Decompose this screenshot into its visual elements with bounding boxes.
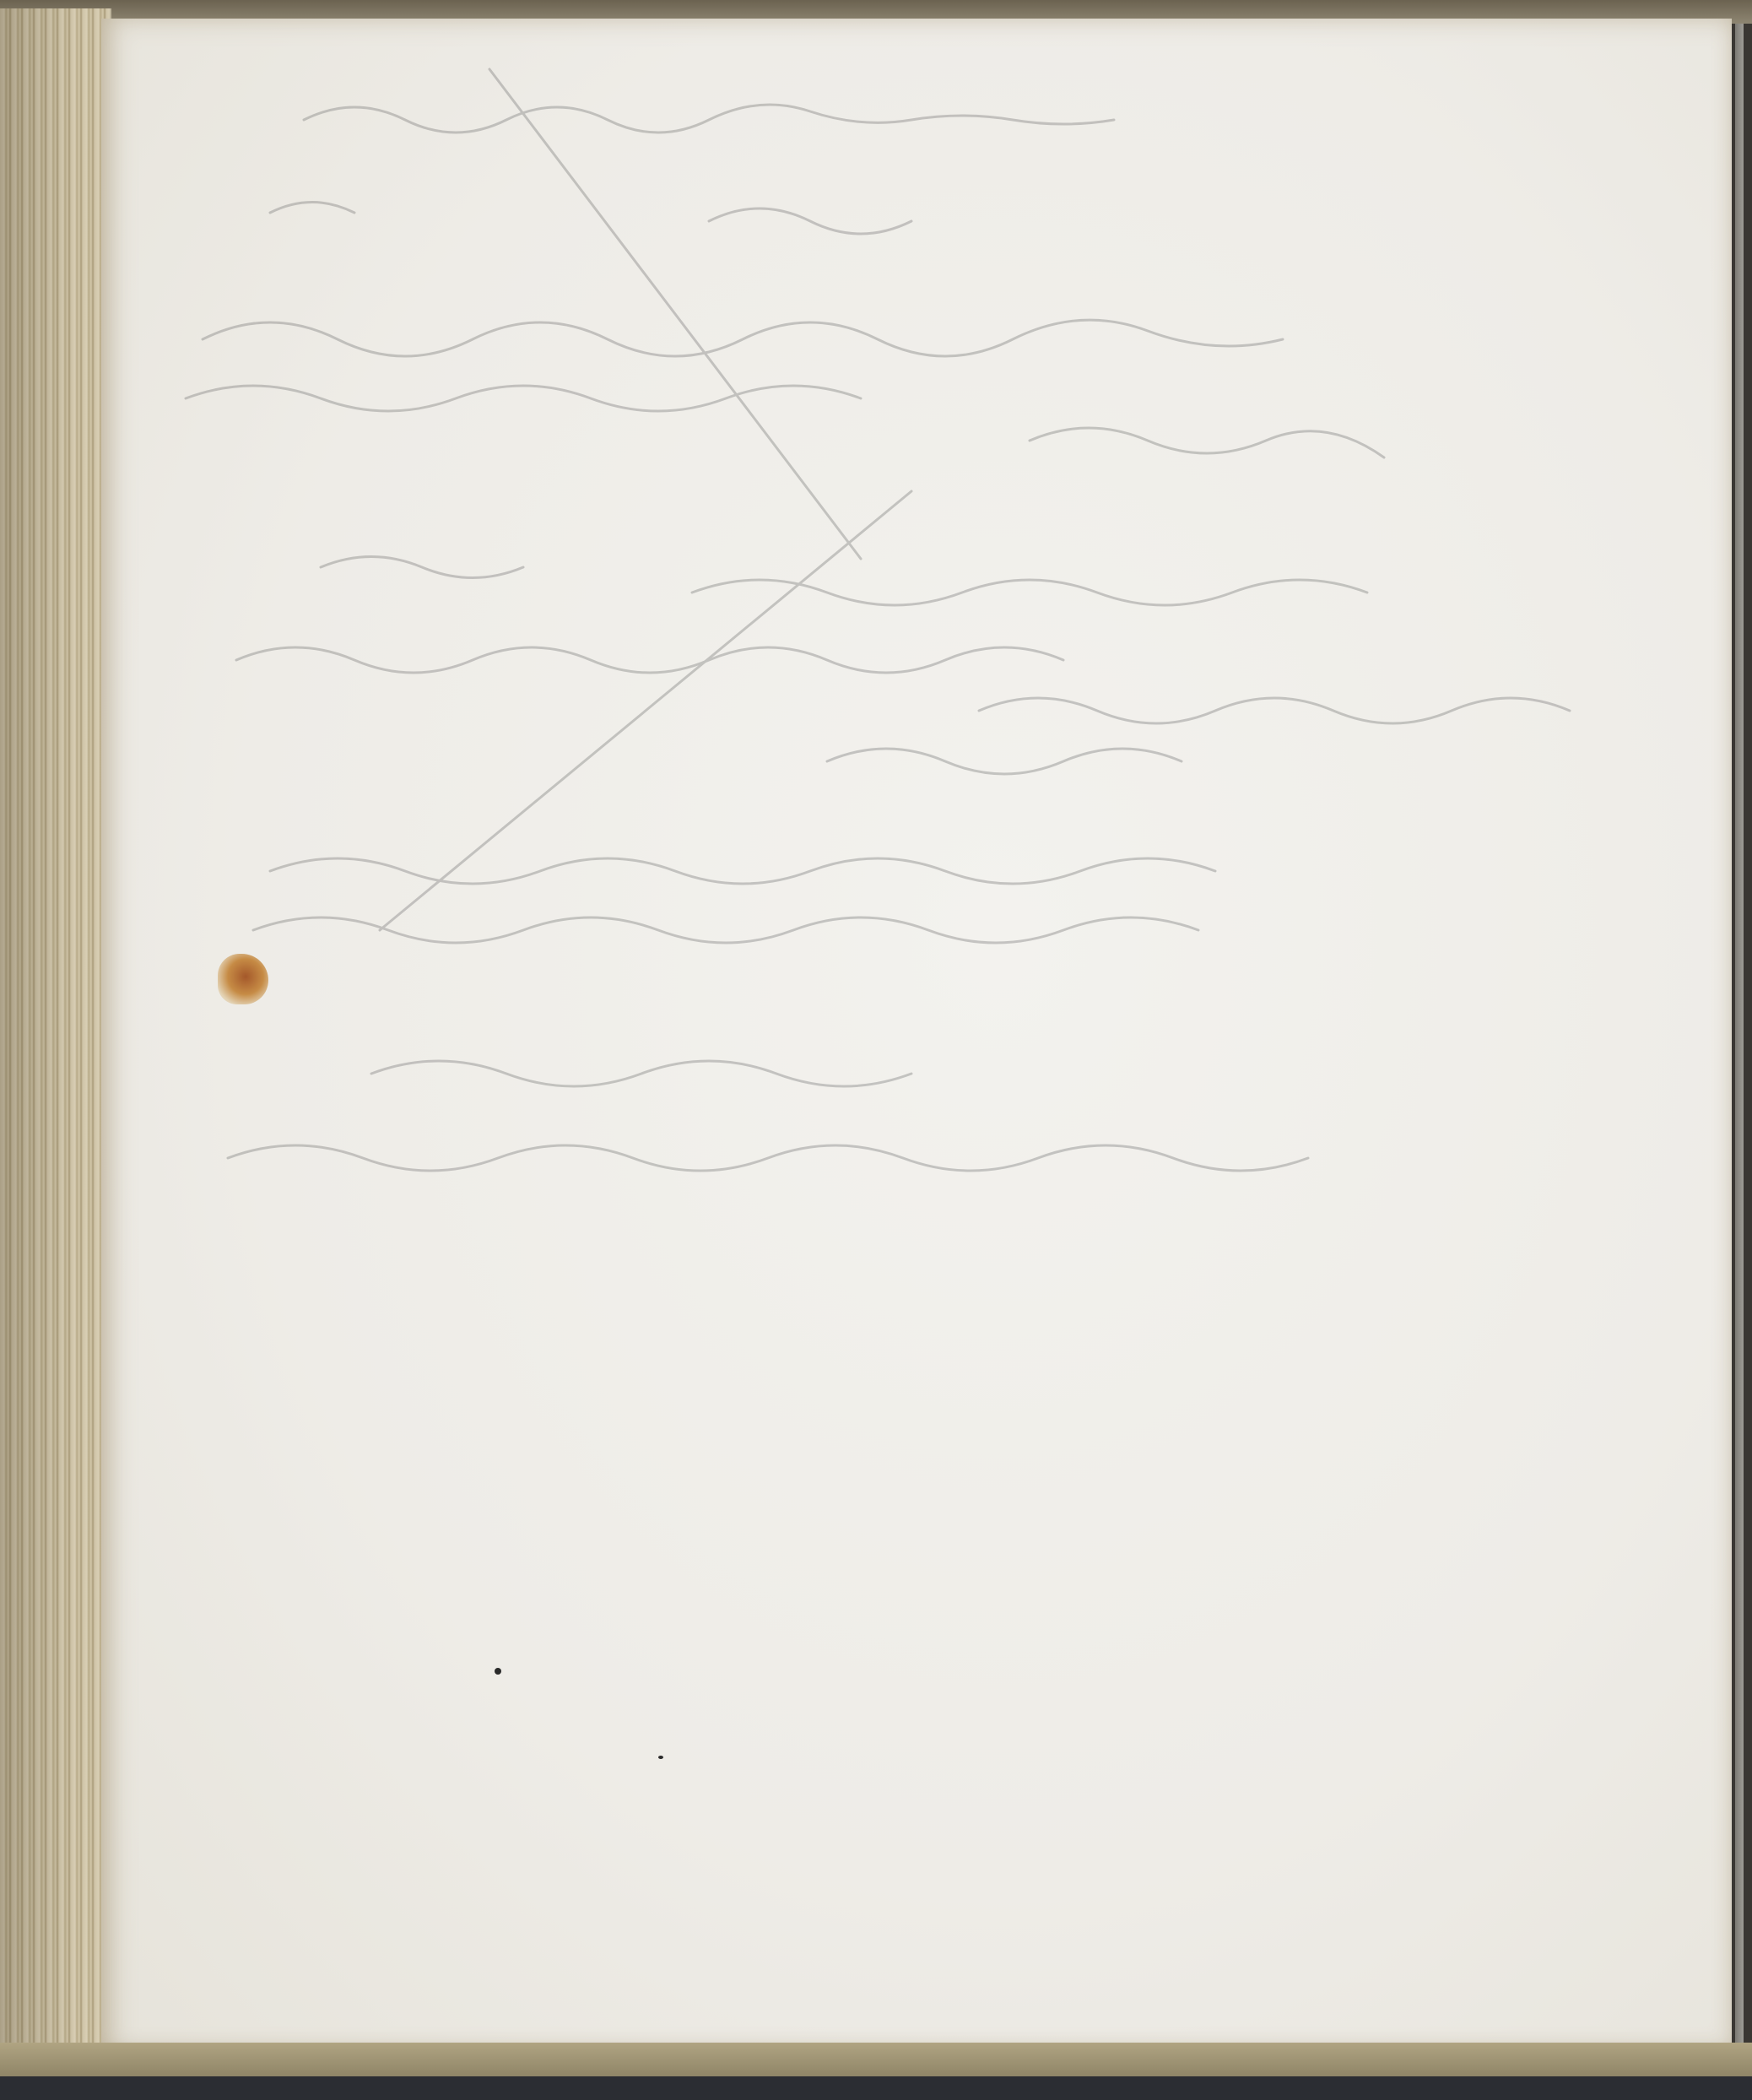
- bleed-through-handwriting: [101, 19, 1732, 1200]
- ink-speck: [658, 1756, 663, 1759]
- adjacent-page-edge: [1735, 24, 1744, 2066]
- background-surface: [0, 2076, 1752, 2100]
- book-page-edges: [0, 8, 111, 2068]
- book-bottom-edge: [0, 2043, 1752, 2076]
- ink-speck: [495, 1668, 501, 1675]
- foxing-stain: [218, 954, 268, 1004]
